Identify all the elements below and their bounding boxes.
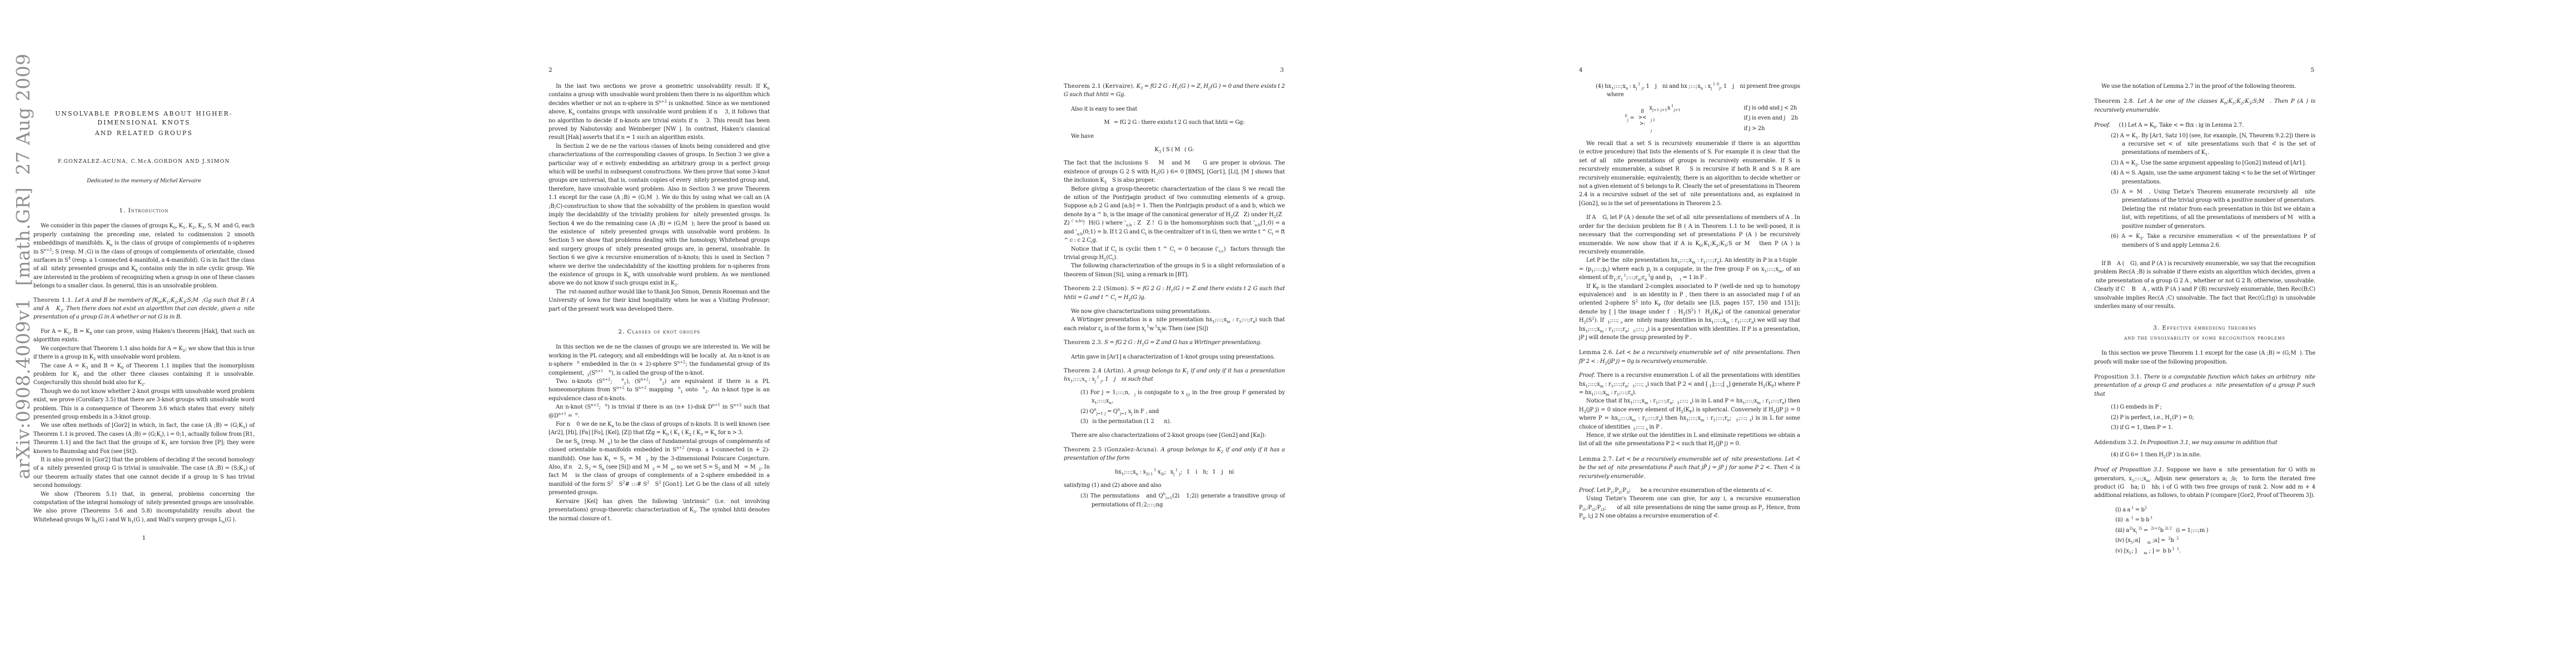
page-number: 3	[1280, 67, 1284, 73]
display-formula: M = fG 2 G : there exists t 2 G such tha…	[1064, 118, 1285, 127]
paragraph: De ne Sn (resp. M n) to be the class of …	[549, 437, 770, 497]
authors-line: F.GONZALEZ-ACUNA, C.McA.GORDON AND J.SIM…	[33, 158, 255, 165]
section-heading: 3. Effective embedding theorems	[2094, 324, 2315, 332]
list-item: (4) if G 6= 1 then H2(P ) is in nite.	[2122, 451, 2315, 459]
paragraph: Notice that if hx1;:::;xm : r1;:::;rn; 1…	[1579, 397, 1800, 431]
paragraph: In this section we prove Theorem 1.1 exc…	[2094, 349, 2315, 366]
equation-line: (i) a a 1 = b2	[2115, 506, 2315, 515]
page-1: 1UNSOLVABLE PROBLEMS ABOUT HIGHER-DIMENS…	[0, 0, 515, 667]
paragraph: In Section 2 we de ne the various classe…	[549, 142, 770, 288]
proof-paragraph: Proof. Let P1;P2;P3; be a recursive enum…	[1579, 486, 1800, 495]
list-item: (1) For j = 1;:::;n, j is conjugate to x…	[1092, 389, 1285, 406]
equation-line: (iv) [x1;a] m ;a] = 2b 2	[2115, 536, 2315, 546]
theorem-block: Lemma 2.7. Let < be a recursively enumer…	[1579, 455, 1800, 481]
paper-title: AND RELATED GROUPS	[33, 129, 255, 138]
paragraph: We recall that a set S is recursively en…	[1579, 140, 1800, 208]
list-item: (2) A = K1. By [Ar1, Satz 10] (see, for …	[2122, 132, 2315, 157]
paragraph: An n-knot (Sn+2; n) is trivial if there …	[549, 403, 770, 420]
display-formula: hx1;:::;xn : x2i 1 1 x2i; xj 1 j; 1 i h;…	[1064, 468, 1285, 476]
theorem-block: Theorem 2.3. S = fG 2 G : H1G = Z and G …	[1064, 339, 1285, 347]
section-heading: 2. Classes of knot groups	[549, 328, 770, 336]
paragraph: It is also proved in [Gor2] that the pro…	[33, 456, 255, 490]
list-item: (5) A = M . Using Tietze's Theorem enume…	[2122, 188, 2315, 231]
proof-paragraph: Proof. (1) Let A = K0. Take < = fhx : ig…	[2094, 121, 2315, 130]
paragraph: If KP is the standard 2-complex associat…	[1579, 282, 1800, 342]
page-number: 5	[2310, 67, 2314, 73]
page-3: 3Theorem 2.1 (Kervaire). K3 = fG 2 G : H…	[1030, 0, 1546, 667]
page-5: 5We use the notation of Lemma 2.7 in the…	[2061, 0, 2576, 667]
paragraph: Let P be the nite presentation hx1;:::;x…	[1579, 256, 1800, 282]
paragraph: We use often methods of [Gor2] in which,…	[33, 421, 255, 456]
paragraph: Also it is easy to see that	[1064, 105, 1285, 113]
paragraph: We have	[1064, 132, 1285, 141]
paragraph: Though we do not know whether 2-knot gro…	[33, 387, 255, 422]
theorem-block: Theorem 2.4 (Artin). A group belongs to …	[1064, 367, 1285, 384]
page-number: 2	[549, 67, 552, 73]
theorem-block: Lemma 2.6. Let < be a recursively enumer…	[1579, 349, 1800, 366]
paper-title: UNSOLVABLE PROBLEMS ABOUT HIGHER-DIMENSI…	[33, 109, 255, 127]
paragraph: We conjecture that Theorem 1.1 also hold…	[33, 345, 255, 362]
display-formula: K3 ( S ( M ( G:	[1064, 146, 1285, 154]
paragraph: Two n-knots (Sn+2; n1), (Sn+2; n2) are e…	[549, 377, 770, 403]
paragraph: We show (Theorem 5.1) that, in general, …	[33, 490, 255, 525]
paragraph: If A G, let P (A ) denote the set of all…	[1579, 213, 1800, 256]
page-number: 4	[1579, 67, 1583, 73]
list-item: (2) P is perfect, i.e., H1(P ) = 0;	[2122, 414, 2315, 422]
list-item: (4) A = S. Again, use the same argument …	[2122, 169, 2315, 186]
list-item: (4) hx1;:::;xn : xj 1 j, 1 j ni and hx ;…	[1607, 82, 1800, 99]
paragraph: Hence, if we strike out the identities i…	[1579, 431, 1800, 449]
list-item: (3) The permutations and Qhi=1(2i 1;2i) …	[1092, 492, 1285, 509]
page-2: 2In the last two sections we prove a geo…	[515, 0, 1030, 667]
equation-line: (ii) a 1 = b b 1	[2115, 516, 2315, 525]
dedication-line: Dedicated to the memory of Michel Kervai…	[33, 177, 255, 185]
paragraph: Notice that if Ct is cyclic then t ^ Ct …	[1064, 245, 1285, 262]
section-heading: 1. Introduction	[33, 207, 255, 215]
theorem-block: Theorem 1.1. Let A and B be members of f…	[33, 296, 255, 322]
page-4: 4(4) hx1;:::;xn : xj 1 j, 1 j ni and hx …	[1546, 0, 2061, 667]
theorem-block: Addendum 3.2. In Proposition 3.1, we may…	[2094, 439, 2315, 447]
theorem-block: Theorem 2.1 (Kervaire). K3 = fG 2 G : H1…	[1064, 82, 1285, 99]
list-item: (1) G embeds in P ;	[2122, 403, 2315, 411]
paragraph: In this section we de ne the classes of …	[549, 343, 770, 377]
paragraph: The following characterization of the gr…	[1064, 262, 1285, 279]
paragraph: Using Tietze's Theorem one can give, for…	[1579, 495, 1800, 520]
paragraph: Kervaire [Kel] has given the following \…	[549, 497, 770, 523]
paragraph: There are also characterizations of 2-kn…	[1064, 431, 1285, 440]
paragraph: The fact that the inclusions S M and M G…	[1064, 159, 1285, 185]
paragraph: If B A ( G), and P (A ) is recursively e…	[2094, 260, 2315, 311]
paragraph: For A = K1, B = K0 one can prove, using …	[33, 327, 255, 345]
list-item: (2) Qnj=1 j = Qnj=1 xj in F , and	[1092, 407, 1285, 416]
equation-line: (v) [x1; ] m ; ] = b b 1 1.	[2115, 547, 2315, 556]
paragraph: A Wirtinger presentation is a nite prese…	[1064, 316, 1285, 333]
list-item: (6) A = K3. Take a recursive enumeration…	[2122, 232, 2315, 250]
paragraph: In the last two sections we prove a geom…	[549, 82, 770, 142]
proof-paragraph: Proof of Proposition 3.1. Suppose we hav…	[2094, 466, 2315, 500]
paragraph: The case A = K3 and B = K0 of Theorem 1.…	[33, 362, 255, 387]
list-item: (3) is the permutation (1 2 n).	[1092, 417, 1285, 426]
section-heading: and the unsolvability of some recognitio…	[2094, 334, 2315, 342]
paragraph: We use the notation of Lemma 2.7 in the …	[2094, 82, 2315, 91]
cases-formula: 0j =8><>:xj+1 j+1x 1j+1if j is odd and j…	[1623, 104, 1800, 133]
theorem-block: Theorem 2.2 (Simon). S = fG 2 G : H1(G )…	[1064, 285, 1285, 302]
left-brace: 8><>:	[1638, 109, 1647, 127]
paragraph: For n 0 we de ne Kn to be the class of g…	[549, 420, 770, 437]
theorem-block: Theorem 2.5 (Gonzalez-Acuna). A group be…	[1064, 446, 1285, 463]
paragraph: We consider in this paper the classes of…	[33, 222, 255, 290]
list-item: (3) if G = 1, then P = 1.	[2122, 424, 2315, 432]
list-item: (3) A = K2. Use the same argument appeal…	[2122, 159, 2315, 167]
paragraph: We now give characterizations using pres…	[1064, 307, 1285, 316]
theorem-block: Theorem 2.8. Let A be one of the classes…	[2094, 97, 2315, 115]
page-number: 1	[33, 535, 255, 541]
proof-paragraph: Proof. There is a recursive enumeration …	[1579, 371, 1800, 397]
equation-line: (iii) a2ixi 2i = 2i+2b 2i 2 (i = 1;:::;m…	[2115, 526, 2315, 536]
document-canvas: arXiv:0908.4009v1 [math.GR] 27 Aug 2009 …	[0, 0, 2576, 667]
theorem-block: Proposition 3.1. There is a computable f…	[2094, 373, 2315, 399]
paragraph: The rst-named author would like to thank…	[549, 288, 770, 313]
paragraph: Artin gave in [Ar1] a characterization o…	[1064, 353, 1285, 361]
paragraph: satisfying (1) and (2) above and also	[1064, 481, 1285, 490]
paragraph: Before giving a group-theoretic characte…	[1064, 185, 1285, 245]
